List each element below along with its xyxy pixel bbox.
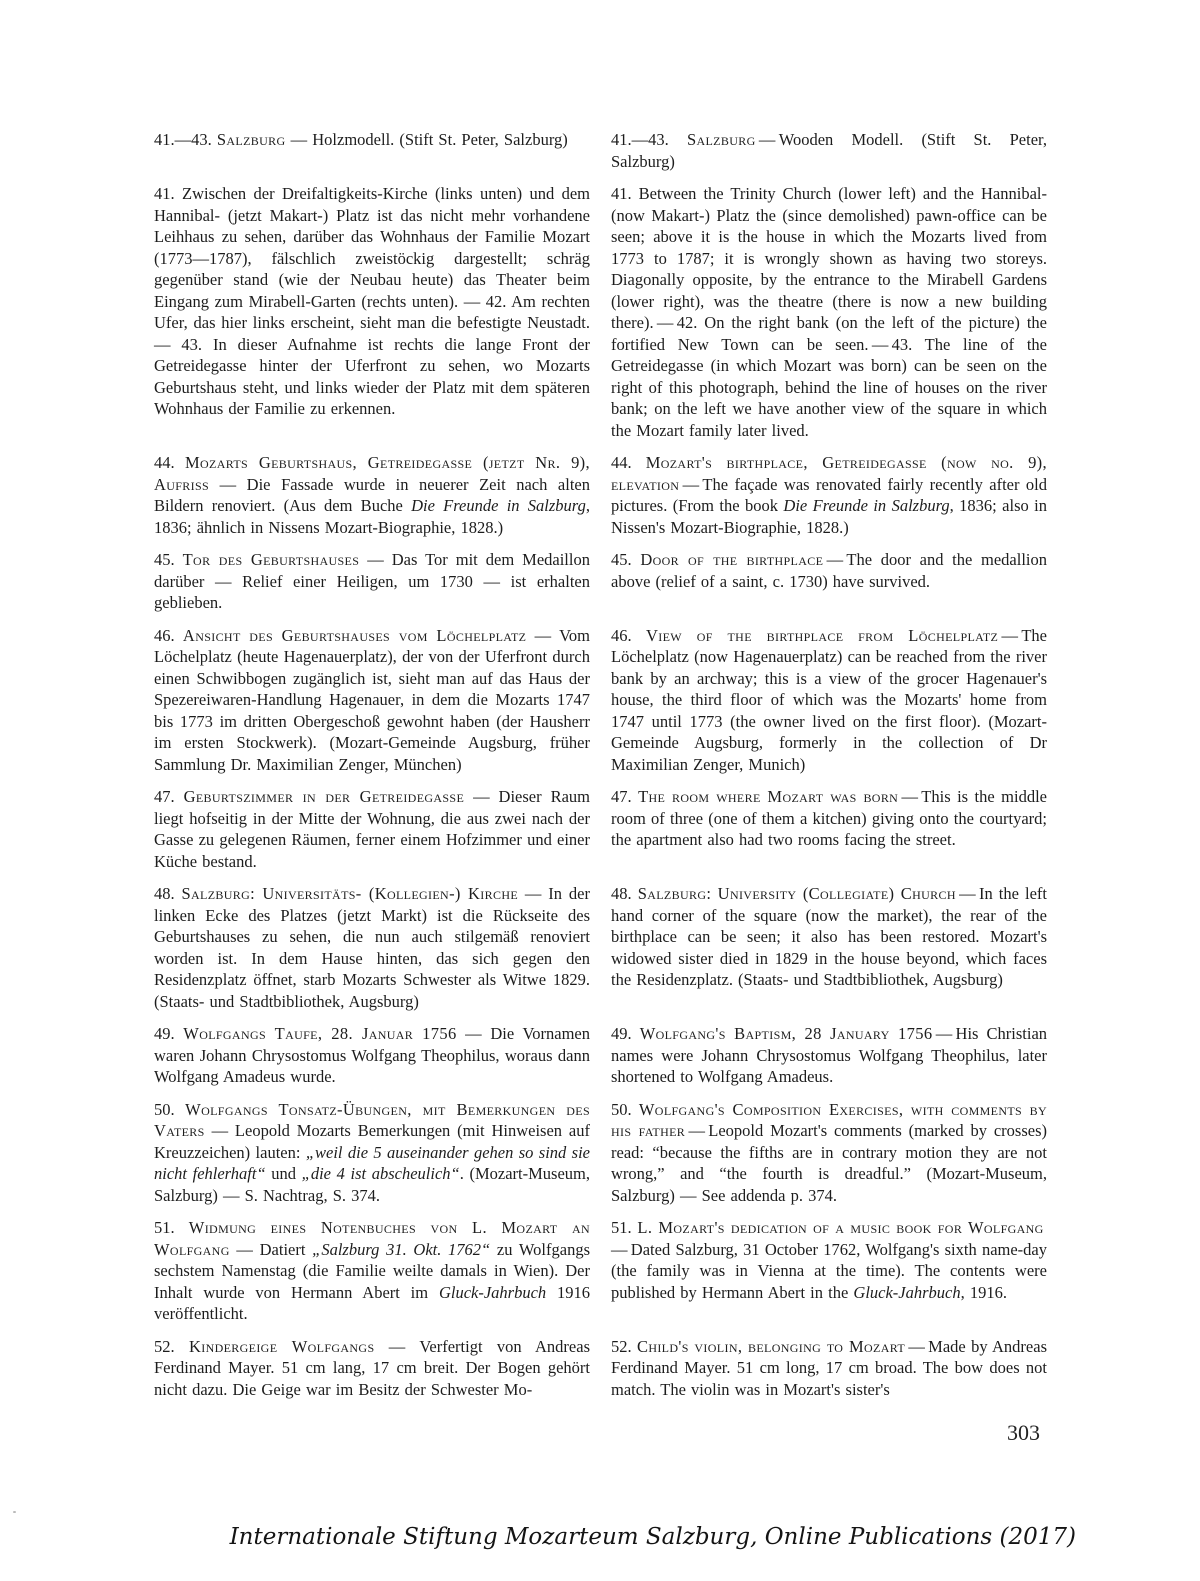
- text-segment: The room where Mozart was born: [638, 787, 898, 806]
- text-segment: Door of the birthplace: [640, 550, 823, 569]
- text-segment: 50.: [611, 1100, 639, 1119]
- text-segment: Geburtszimmer in der Getreidegasse: [184, 787, 465, 806]
- text-segment: — The Löchelplatz (now Hagenauerplatz) c…: [611, 626, 1047, 774]
- entry-48-de: 48. Salzburg: Universitäts- (Kollegien-)…: [154, 883, 590, 1012]
- text-segment: Salzburg: Universitäts- (Kollegien-) Kir…: [182, 884, 519, 903]
- text-segment: 52.: [154, 1337, 189, 1356]
- text-segment: 52.: [611, 1337, 637, 1356]
- text-segment: „Salzburg 31. Okt. 1762“: [312, 1240, 490, 1259]
- entry-47-en: 47. The room where Mozart was born — Thi…: [611, 786, 1047, 851]
- entry-46-de: 46. Ansicht des Geburtshauses vom Löchel…: [154, 625, 590, 776]
- entry-41-43-description-en: 41. Between the Trinity Church (lower le…: [611, 183, 1047, 441]
- text-segment: Gluck-Jahrbuch: [853, 1283, 960, 1302]
- text-segment: und: [266, 1164, 302, 1183]
- text-segment: Die Freunde in Salzburg: [411, 496, 586, 515]
- text-segment: 46.: [611, 626, 646, 645]
- footer-credit: Internationale Stiftung Mozarteum Salzbu…: [230, 1522, 1076, 1552]
- entry-45-de: 45. Tor des Geburtshauses — Das Tor mit …: [154, 549, 590, 614]
- text-segment: 50.: [154, 1100, 185, 1119]
- text-segment: 44.: [611, 453, 646, 472]
- text-segment: View of the birthplace from Löchelplatz: [646, 626, 998, 645]
- entry-51-de: 51. Widmung eines Notenbuches von L. Moz…: [154, 1217, 590, 1325]
- book-page: 41.—43. Salzburg — Holzmodell. (Stift St…: [0, 0, 1200, 1581]
- text-segment: Salzburg: [217, 130, 286, 149]
- entry-41-43-caption-de: 41.—43. Salzburg — Holzmodell. (Stift St…: [154, 129, 590, 151]
- text-segment: Wolfgangs Taufe, 28. Januar 1756: [183, 1024, 456, 1043]
- text-segment: Gluck-Jahrbuch: [439, 1283, 546, 1302]
- entry-50-en: 50. Wolfgang's Composition Exercises, wi…: [611, 1099, 1047, 1207]
- text-segment: 41.—43.: [611, 130, 687, 149]
- text-segment: 41. Between the Trinity Church (lower le…: [611, 184, 1047, 440]
- text-segment: Salzburg: University (Collegiate) Church: [638, 884, 956, 903]
- entry-44-de: 44. Mozarts Geburtshaus, Getreidegasse (…: [154, 452, 590, 538]
- entry-50-de: 50. Wolfgangs Tonsatz-Übungen, mit Bemer…: [154, 1099, 590, 1207]
- text-segment: 41.—43.: [154, 130, 217, 149]
- entry-45-en: 45. Door of the birthplace — The door an…: [611, 549, 1047, 592]
- text-segment: — Vom Löchelplatz (heute Hagenauerplatz)…: [154, 626, 590, 774]
- bilingual-entries: 41.—43. Salzburg — Holzmodell. (Stift St…: [154, 129, 1047, 1400]
- text-segment: Wolfgang's Baptism, 28 January 1756: [640, 1024, 933, 1043]
- text-segment: 46.: [154, 626, 183, 645]
- text-segment: 48.: [611, 884, 638, 903]
- entry-41-43-caption-en: 41.—43. Salzburg — Wooden Modell. (Stift…: [611, 129, 1047, 172]
- entry-41-43-description-de: 41. Zwischen der Dreifaltigkeits-Kirche …: [154, 183, 590, 420]
- scan-speck: [13, 1511, 16, 1513]
- text-segment: 45.: [611, 550, 640, 569]
- text-segment: L. Mozart's dedication of a music book f…: [637, 1218, 1043, 1237]
- text-segment: — Datiert: [230, 1240, 312, 1259]
- text-segment: Salzburg: [687, 130, 756, 149]
- text-segment: 47.: [154, 787, 184, 806]
- text-segment: 45.: [154, 550, 183, 569]
- text-segment: 51.: [154, 1218, 189, 1237]
- text-segment: Kindergeige Wolfgangs: [189, 1337, 375, 1356]
- text-segment: — Holzmodell. (Stift St. Peter, Salzburg…: [286, 130, 568, 149]
- text-segment: „die 4 ist abscheulich“: [302, 1164, 460, 1183]
- entry-51-en: 51. L. Mozart's dedication of a music bo…: [611, 1217, 1047, 1303]
- text-segment: Tor des Geburtshauses: [183, 550, 360, 569]
- entry-49-en: 49. Wolfgang's Baptism, 28 January 1756 …: [611, 1023, 1047, 1088]
- text-segment: 49.: [154, 1024, 183, 1043]
- text-segment: 48.: [154, 884, 182, 903]
- text-segment: 49.: [611, 1024, 640, 1043]
- text-segment: 41. Zwischen der Dreifaltigkeits-Kirche …: [154, 184, 590, 418]
- text-segment: 51.: [611, 1218, 637, 1237]
- entry-47-de: 47. Geburtszimmer in der Getreidegasse —…: [154, 786, 590, 872]
- text-segment: Ansicht des Geburtshauses vom Löchelplat…: [183, 626, 526, 645]
- text-segment: Die Freunde in Salzburg: [783, 496, 949, 515]
- entry-44-en: 44. Mozart's birthplace, Getreidegasse (…: [611, 452, 1047, 538]
- text-segment: Child's violin, belonging to Mozart: [637, 1337, 905, 1356]
- entry-52-en: 52. Child's violin, belonging to Mozart …: [611, 1336, 1047, 1401]
- page-number: 303: [154, 1420, 1040, 1446]
- text-segment: 47.: [611, 787, 638, 806]
- entry-46-en: 46. View of the birthplace from Löchelpl…: [611, 625, 1047, 776]
- text-segment: 44.: [154, 453, 185, 472]
- text-segment: , 1916.: [961, 1283, 1007, 1302]
- entry-49-de: 49. Wolfgangs Taufe, 28. Januar 1756 — D…: [154, 1023, 590, 1088]
- entry-48-en: 48. Salzburg: University (Collegiate) Ch…: [611, 883, 1047, 991]
- entry-52-de: 52. Kindergeige Wolfgangs — Verfertigt v…: [154, 1336, 590, 1401]
